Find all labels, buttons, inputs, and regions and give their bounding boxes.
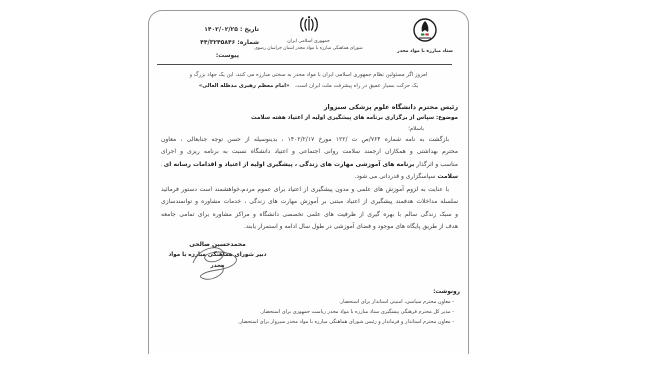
quote-attribution: «امام معظم رهبری مدظله العالی» [199,83,290,89]
p2-line-4: هدف از طریق پایگاه های موجود و فضای آموز… [161,221,458,233]
drug-control-hq-caption: ستاد مبارزه با مواد مخدر [390,49,460,54]
salutation: باسلام؛ [408,126,424,132]
screenshot-canvas: تاریخ : ۱۴۰۲/۰۲/۲۵ شماره: ۴۴/۳۲۴۵۸۴۶ پیو… [0,0,650,365]
signature-block: محمدحسین صالحی دبیر شورای هماهنگی مبارزه… [167,239,268,272]
attachment-label: پیوست: [216,52,239,59]
p2-line-1: با عنایت به لزوم آموزش های علمی و مدون پ… [161,184,458,196]
p1-line-3: مناسب و اثرگذار برنامه های آموزشی مهارت … [161,159,458,171]
cc-item: - مدیر کل محترم فرهنگی پیشگیری ستاد مبار… [161,307,460,317]
p2-line-2: سلسله مداخلات هدفمند پیشگیری از اعتیاد م… [161,196,458,208]
p1-line-2: محترم بهداشتی و همکاران ارجمند سلامت روا… [161,146,458,158]
signer-name: محمدحسین صالحی [167,239,268,250]
addressee-line: رئیس محترم دانشگاه علوم پزشکی سبزوار [324,103,458,111]
letterhead-right: ستاد مبارزه با مواد مخدر [390,17,460,54]
letter-page: تاریخ : ۱۴۰۲/۰۲/۲۵ شماره: ۴۴/۳۲۴۵۸۴۶ پیو… [148,10,469,354]
p1-line-4: سلامت سپاسگزاری و قدردانی می شود. [161,171,458,183]
quote-line-2: یک حرکت بسیار عمیق در راه پیشرفت ملت ایر… [169,81,448,92]
cc-block: رونوشت: - معاون محترم سیاسی، امنیتی استا… [161,287,460,327]
leader-quote: امروز اگر مسئولین نظام جمهوری اسلامی ایر… [169,70,448,92]
body-paragraph-1: بازگشت به نامه شماره ۷۶۴/ص ت /۱۲۲ مورخ ۱… [161,134,458,184]
quote-line-1: امروز اگر مسئولین نظام جمهوری اسلامی ایر… [169,70,448,81]
p2-line-3: و سبک زندگی سالم با بهره گیری از ظرفیت ه… [161,209,458,221]
cc-item: - معاون محترم سیاسی، امنیتی استاندار برا… [161,297,460,307]
subject-line: موضوع: سپاس از برگزاری برنامه های پیشگیر… [251,115,458,121]
drug-control-hq-logo-icon [412,28,438,47]
iran-emblem-icon [299,15,319,38]
p1-line-1: بازگشت به نامه شماره ۷۶۴/ص ت /۱۲۲ مورخ ۱… [161,134,458,146]
cc-label: رونوشت: [161,287,460,297]
header-divider [157,64,452,65]
cc-item: - معاون محترم استاندار و فرماندار و رئیس… [161,317,460,327]
body-paragraph-2: با عنایت به لزوم آموزش های علمی و مدون پ… [161,184,458,234]
signer-title: دبیر شورای هماهنگی مبارزه با مواد مخدر [167,250,268,272]
